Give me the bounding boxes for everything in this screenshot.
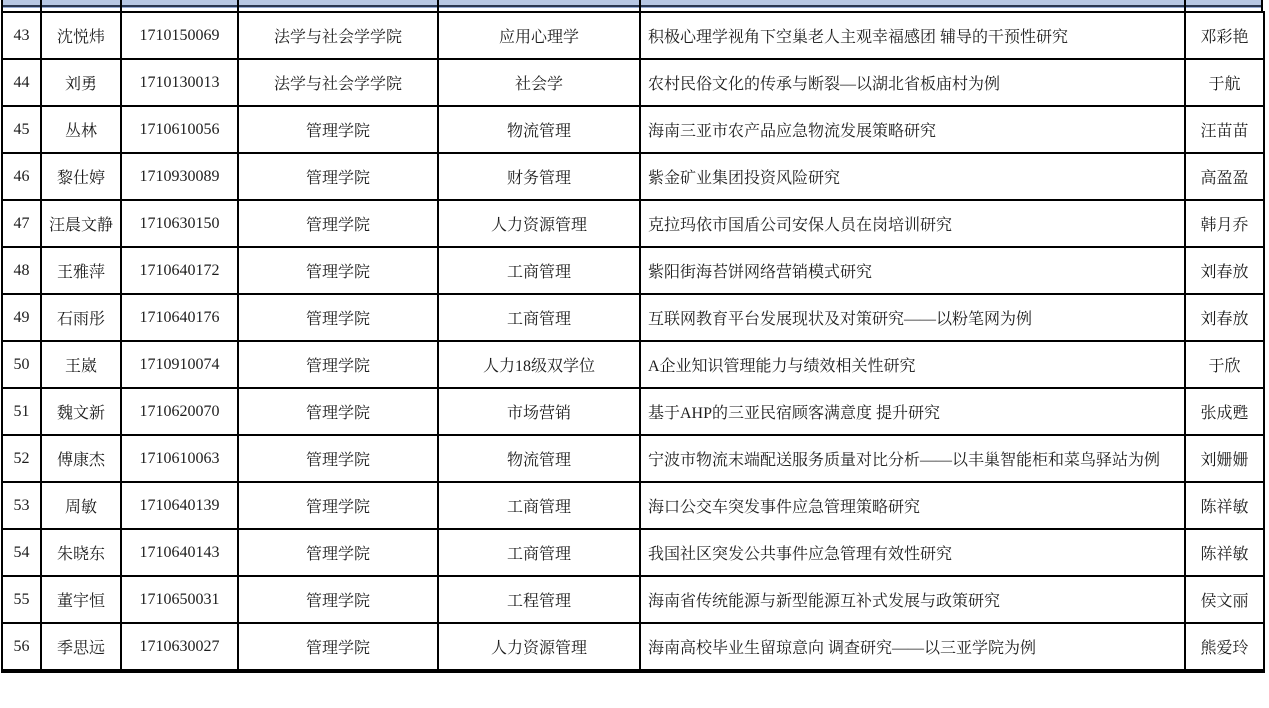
- table-row: 49 石雨彤 1710640176 管理学院 工商管理 互联网教育平台发展现状及…: [2, 294, 1264, 341]
- major-cell: 市场营销: [438, 388, 640, 435]
- student-name-cell: 魏文新: [41, 388, 121, 435]
- row-number-cell: 54: [2, 529, 41, 576]
- row-number-cell: 53: [2, 482, 41, 529]
- table-row: 46 黎仕婷 1710930089 管理学院 财务管理 紫金矿业集团投资风险研究…: [2, 153, 1264, 200]
- advisor-cell: 侯文丽: [1185, 576, 1264, 623]
- advisor-cell: 汪苗苗: [1185, 106, 1264, 153]
- thesis-title-cell: 积极心理学视角下空巢老人主观幸福感团 辅导的干预性研究: [640, 12, 1185, 59]
- advisor-cell: 张成甦: [1185, 388, 1264, 435]
- student-name-cell: 汪晨文静: [41, 200, 121, 247]
- advisor-cell: 陈祥敏: [1185, 529, 1264, 576]
- college-cell: 管理学院: [238, 200, 438, 247]
- college-cell: 管理学院: [238, 482, 438, 529]
- major-cell: 人力18级双学位: [438, 341, 640, 388]
- college-cell: 管理学院: [238, 576, 438, 623]
- student-name-cell: 刘勇: [41, 59, 121, 106]
- major-cell: 物流管理: [438, 435, 640, 482]
- table-row: 56 季思远 1710630027 管理学院 人力资源管理 海南高校毕业生留琼意…: [2, 623, 1264, 671]
- student-name-cell: 王雅萍: [41, 247, 121, 294]
- student-id-cell: 1710640176: [121, 294, 238, 341]
- student-id-cell: 1710130013: [121, 59, 238, 106]
- thesis-title-cell: 海南省传统能源与新型能源互补式发展与政策研究: [640, 576, 1185, 623]
- advisor-cell: 刘春放: [1185, 247, 1264, 294]
- table-row: 54 朱晓东 1710640143 管理学院 工商管理 我国社区突发公共事件应急…: [2, 529, 1264, 576]
- thesis-assignment-table: 43 沈悦炜 1710150069 法学与社会学学院 应用心理学 积极心理学视角…: [1, 11, 1265, 673]
- student-id-cell: 1710640139: [121, 482, 238, 529]
- major-cell: 工商管理: [438, 529, 640, 576]
- advisor-cell: 高盈盈: [1185, 153, 1264, 200]
- student-id-cell: 1710640143: [121, 529, 238, 576]
- thesis-title-cell: 海南三亚市农产品应急物流发展策略研究: [640, 106, 1185, 153]
- thesis-title-cell: 基于AHP的三亚民宿顾客满意度 提升研究: [640, 388, 1185, 435]
- advisor-cell: 熊爱玲: [1185, 623, 1264, 671]
- remnant-cell: [1184, 0, 1263, 11]
- college-cell: 管理学院: [238, 247, 438, 294]
- table-row: 47 汪晨文静 1710630150 管理学院 人力资源管理 克拉玛依市国盾公司…: [2, 200, 1264, 247]
- row-number-cell: 47: [2, 200, 41, 247]
- student-name-cell: 傅康杰: [41, 435, 121, 482]
- student-id-cell: 1710150069: [121, 12, 238, 59]
- advisor-cell: 刘姗姗: [1185, 435, 1264, 482]
- major-cell: 工商管理: [438, 482, 640, 529]
- row-number-cell: 49: [2, 294, 41, 341]
- student-id-cell: 1710620070: [121, 388, 238, 435]
- row-number-cell: 51: [2, 388, 41, 435]
- major-cell: 人力资源管理: [438, 200, 640, 247]
- college-cell: 管理学院: [238, 341, 438, 388]
- major-cell: 人力资源管理: [438, 623, 640, 671]
- table-row: 45 丛林 1710610056 管理学院 物流管理 海南三亚市农产品应急物流发…: [2, 106, 1264, 153]
- major-cell: 物流管理: [438, 106, 640, 153]
- thesis-title-cell: 海口公交车突发事件应急管理策略研究: [640, 482, 1185, 529]
- previous-row-remnant: [1, 0, 1263, 11]
- major-cell: 工程管理: [438, 576, 640, 623]
- major-cell: 应用心理学: [438, 12, 640, 59]
- student-id-cell: 1710630150: [121, 200, 238, 247]
- table-row: 44 刘勇 1710130013 法学与社会学学院 社会学 农村民俗文化的传承与…: [2, 59, 1264, 106]
- college-cell: 管理学院: [238, 388, 438, 435]
- row-number-cell: 43: [2, 12, 41, 59]
- table-row: 55 董宇恒 1710650031 管理学院 工程管理 海南省传统能源与新型能源…: [2, 576, 1264, 623]
- student-id-cell: 1710610063: [121, 435, 238, 482]
- student-name-cell: 王崴: [41, 341, 121, 388]
- thesis-title-cell: 互联网教育平台发展现状及对策研究——以粉笔网为例: [640, 294, 1185, 341]
- table-row: 48 王雅萍 1710640172 管理学院 工商管理 紫阳街海苔饼网络营销模式…: [2, 247, 1264, 294]
- thesis-title-cell: 紫金矿业集团投资风险研究: [640, 153, 1185, 200]
- student-id-cell: 1710630027: [121, 623, 238, 671]
- remnant-cell: [237, 0, 437, 11]
- thesis-title-cell: A企业知识管理能力与绩效相关性研究: [640, 341, 1185, 388]
- thesis-title-cell: 紫阳街海苔饼网络营销模式研究: [640, 247, 1185, 294]
- table-row: 50 王崴 1710910074 管理学院 人力18级双学位 A企业知识管理能力…: [2, 341, 1264, 388]
- remnant-cell: [437, 0, 639, 11]
- major-cell: 工商管理: [438, 247, 640, 294]
- advisor-cell: 陈祥敏: [1185, 482, 1264, 529]
- student-id-cell: 1710650031: [121, 576, 238, 623]
- row-number-cell: 45: [2, 106, 41, 153]
- row-number-cell: 46: [2, 153, 41, 200]
- thesis-title-cell: 海南高校毕业生留琼意向 调查研究——以三亚学院为例: [640, 623, 1185, 671]
- college-cell: 管理学院: [238, 435, 438, 482]
- table-row: 43 沈悦炜 1710150069 法学与社会学学院 应用心理学 积极心理学视角…: [2, 12, 1264, 59]
- college-cell: 管理学院: [238, 106, 438, 153]
- thesis-title-cell: 农村民俗文化的传承与断裂—以湖北省板庙村为例: [640, 59, 1185, 106]
- row-number-cell: 52: [2, 435, 41, 482]
- major-cell: 社会学: [438, 59, 640, 106]
- remnant-cell: [639, 0, 1184, 11]
- remnant-cell: [40, 0, 120, 11]
- college-cell: 管理学院: [238, 294, 438, 341]
- student-name-cell: 季思远: [41, 623, 121, 671]
- student-id-cell: 1710640172: [121, 247, 238, 294]
- remnant-cell: [120, 0, 237, 11]
- document-page: 43 沈悦炜 1710150069 法学与社会学学院 应用心理学 积极心理学视角…: [0, 0, 1269, 708]
- advisor-cell: 于欣: [1185, 341, 1264, 388]
- advisor-cell: 于航: [1185, 59, 1264, 106]
- table-row: 52 傅康杰 1710610063 管理学院 物流管理 宁波市物流末端配送服务质…: [2, 435, 1264, 482]
- row-number-cell: 55: [2, 576, 41, 623]
- row-number-cell: 44: [2, 59, 41, 106]
- advisor-cell: 刘春放: [1185, 294, 1264, 341]
- thesis-title-cell: 宁波市物流末端配送服务质量对比分析——以丰巢智能柜和菜鸟驿站为例: [640, 435, 1185, 482]
- advisor-cell: 邓彩艳: [1185, 12, 1264, 59]
- major-cell: 工商管理: [438, 294, 640, 341]
- student-name-cell: 董宇恒: [41, 576, 121, 623]
- student-name-cell: 石雨彤: [41, 294, 121, 341]
- student-id-cell: 1710910074: [121, 341, 238, 388]
- student-name-cell: 沈悦炜: [41, 12, 121, 59]
- row-number-cell: 50: [2, 341, 41, 388]
- major-cell: 财务管理: [438, 153, 640, 200]
- college-cell: 管理学院: [238, 623, 438, 671]
- table-row: 53 周敏 1710640139 管理学院 工商管理 海口公交车突发事件应急管理…: [2, 482, 1264, 529]
- student-id-cell: 1710930089: [121, 153, 238, 200]
- advisor-cell: 韩月乔: [1185, 200, 1264, 247]
- thesis-title-cell: 我国社区突发公共事件应急管理有效性研究: [640, 529, 1185, 576]
- remnant-cell: [1, 0, 40, 11]
- student-name-cell: 朱晓东: [41, 529, 121, 576]
- thesis-title-cell: 克拉玛依市国盾公司安保人员在岗培训研究: [640, 200, 1185, 247]
- college-cell: 管理学院: [238, 153, 438, 200]
- college-cell: 管理学院: [238, 529, 438, 576]
- row-number-cell: 48: [2, 247, 41, 294]
- student-name-cell: 周敏: [41, 482, 121, 529]
- table-row: 51 魏文新 1710620070 管理学院 市场营销 基于AHP的三亚民宿顾客…: [2, 388, 1264, 435]
- college-cell: 法学与社会学学院: [238, 59, 438, 106]
- row-number-cell: 56: [2, 623, 41, 671]
- student-id-cell: 1710610056: [121, 106, 238, 153]
- student-name-cell: 丛林: [41, 106, 121, 153]
- college-cell: 法学与社会学学院: [238, 12, 438, 59]
- student-name-cell: 黎仕婷: [41, 153, 121, 200]
